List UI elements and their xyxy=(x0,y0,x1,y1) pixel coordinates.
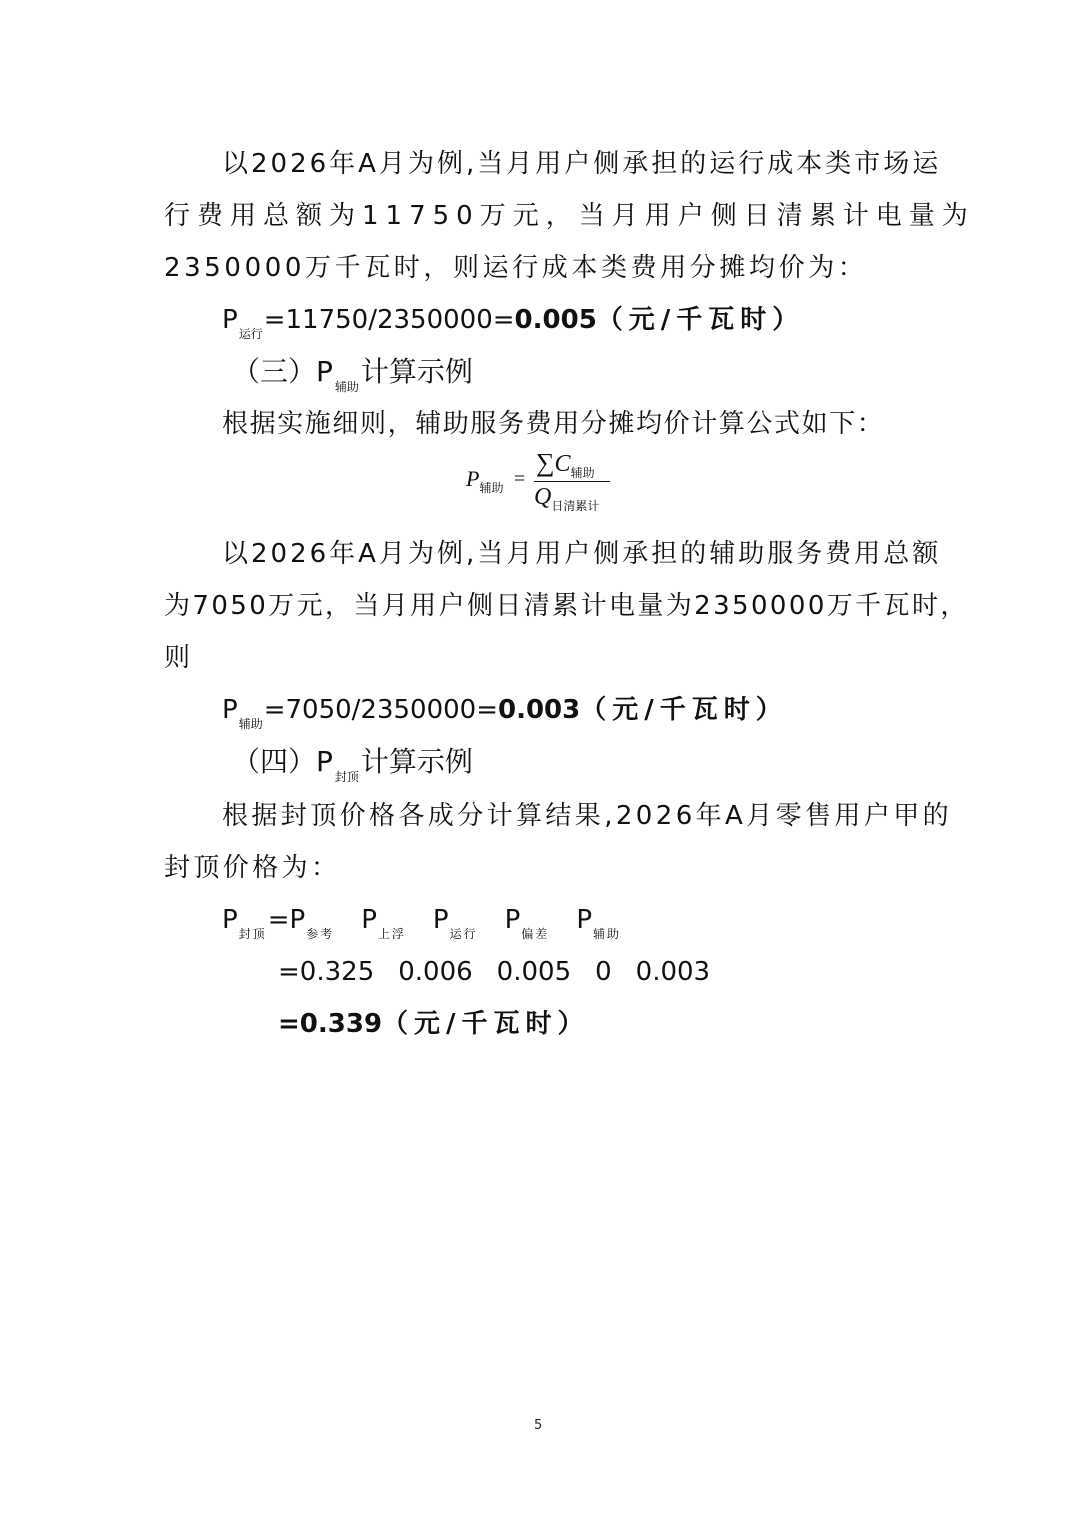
equation-equals: = xyxy=(514,468,525,491)
formula-expression: =7050/2350000= xyxy=(264,695,498,725)
equation-numerator: ∑C辅助 xyxy=(536,448,595,478)
heading-title: 计算示例 xyxy=(361,355,473,388)
paragraph-line: 为7050万元，当月用户侧日清累计电量为2350000万千瓦时， xyxy=(164,580,969,632)
formula-value: 0.005 xyxy=(497,957,571,987)
heading-subscript: 辅助 xyxy=(335,380,359,394)
heading-prefix: （四）P xyxy=(232,745,333,778)
paragraph-rule: 根据实施细则，辅助服务费用分摊均价计算公式如下： xyxy=(222,398,884,450)
formula-unit: （元/千瓦时） xyxy=(597,305,805,335)
term-subscript: 运行 xyxy=(450,927,478,941)
formula-symbol: P xyxy=(222,695,238,725)
formula-unit: （元/千瓦时） xyxy=(580,695,788,725)
term-symbol: P xyxy=(290,905,306,935)
paragraph-line: 封顶价格为： xyxy=(164,842,340,894)
paragraph-line: 以2026年A月为例,当月用户侧承担的辅助服务费用总额 xyxy=(222,528,941,580)
equation-numerator-subscript: 辅助 xyxy=(571,466,595,480)
paragraph-line: 以2026年A月为例,当月用户侧承担的运行成本类市场运 xyxy=(222,138,941,190)
formula-cap-total: =0.339（元/千瓦时） xyxy=(278,998,590,1050)
equation-lhs-symbol: P xyxy=(466,466,479,491)
formula-term: P上浮 xyxy=(361,905,407,935)
formula-value: 0.006 xyxy=(398,957,472,987)
formula-cap-values: =0.3250.0060.00500.003 xyxy=(278,946,734,998)
formula-term: P辅助 xyxy=(576,905,622,935)
equation-numerator-symbol: C xyxy=(555,451,571,477)
term-symbol: P xyxy=(505,905,521,935)
formula-expression: =11750/2350000= xyxy=(264,305,515,335)
term-subscript: 上浮 xyxy=(378,927,406,941)
formula-symbol: P xyxy=(222,305,238,335)
equation-auxiliary-price: P辅助 = ∑C辅助 Q日清累计 xyxy=(466,448,626,520)
equation-denominator: Q日清累计 xyxy=(534,484,599,511)
term-symbol: P xyxy=(433,905,449,935)
heading-title: 计算示例 xyxy=(361,745,473,778)
section-heading-cap: （四）P封顶计算示例 xyxy=(232,736,473,793)
formula-result: 0.003 xyxy=(498,695,580,725)
formula-auxiliary-cost: P辅助=7050/2350000=0.003（元/千瓦时） xyxy=(222,684,788,740)
heading-subscript: 封顶 xyxy=(335,770,359,784)
formula-operation-cost: P运行=11750/2350000=0.005（元/千瓦时） xyxy=(222,294,804,350)
page-number: 5 xyxy=(534,1418,542,1433)
paragraph-line: 根据封顶价格各成分计算结果,2026年A月零售用户甲的 xyxy=(222,790,952,842)
formula-value: 0.003 xyxy=(636,957,710,987)
formula-equals: = xyxy=(268,905,290,935)
term-subscript: 参考 xyxy=(306,927,334,941)
paragraph-line: 则 xyxy=(164,632,192,684)
formula-value: 0.325 xyxy=(300,957,374,987)
formula-cap-definition: P封顶=P参考P上浮P运行P偏差P辅助 xyxy=(222,894,648,950)
formula-unit: （元/千瓦时） xyxy=(382,1009,590,1039)
section-heading-auxiliary: （三）P辅助计算示例 xyxy=(232,346,473,403)
formula-term: P偏差 xyxy=(505,905,551,935)
fraction-bar xyxy=(534,481,610,482)
term-subscript: 辅助 xyxy=(593,927,621,941)
formula-equals: = xyxy=(278,957,300,987)
formula-equals: = xyxy=(278,1009,300,1039)
equation-lhs-subscript: 辅助 xyxy=(479,481,503,495)
formula-subscript: 封顶 xyxy=(239,927,267,941)
equation-lhs: P辅助 xyxy=(466,466,503,492)
formula-value: 0 xyxy=(595,957,612,987)
equation-denominator-symbol: Q xyxy=(534,484,551,510)
formula-subscript: 辅助 xyxy=(239,717,263,731)
paragraph-line: 2350000万千瓦时，则运行成本类费用分摊均价为： xyxy=(164,242,867,294)
term-symbol: P xyxy=(576,905,592,935)
formula-result: 0.005 xyxy=(515,305,597,335)
term-subscript: 偏差 xyxy=(521,927,549,941)
sigma-icon: ∑ xyxy=(536,448,555,477)
heading-prefix: （三）P xyxy=(232,355,333,388)
term-symbol: P xyxy=(361,905,377,935)
formula-term: P运行 xyxy=(433,905,479,935)
equation-denominator-subscript: 日清累计 xyxy=(551,499,599,513)
formula-subscript: 运行 xyxy=(239,327,263,341)
paragraph-line: 行费用总额为11750万元，当月用户侧日清累计电量为 xyxy=(164,190,975,242)
formula-term: P参考 xyxy=(290,905,336,935)
formula-symbol: P xyxy=(222,905,238,935)
formula-result: 0.339 xyxy=(300,1009,382,1039)
